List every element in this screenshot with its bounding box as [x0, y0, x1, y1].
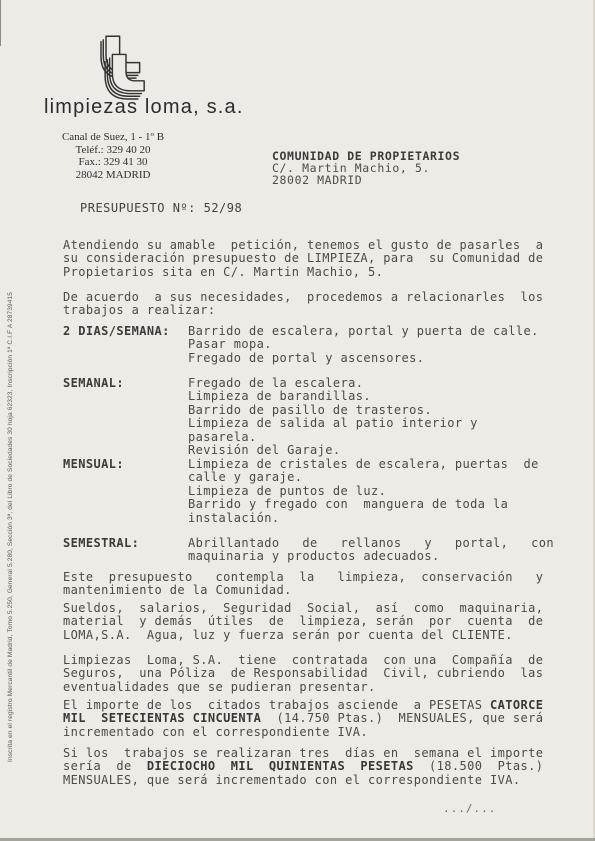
schedule-tasks: Abrillantado de rellanos y portal, con m…	[188, 537, 563, 564]
intro-paragraph-2: De acuerdo a sus necesidades, procedemos…	[63, 291, 563, 318]
address-line-phone: Teléf.: 329 40 20	[47, 144, 179, 157]
address-line-street: Canal de Suez, 1 - 1º B	[47, 131, 179, 144]
company-name: limpiezas loma, s.a.	[44, 96, 244, 119]
price-text-pre: El importe de los citados trabajos ascie…	[63, 698, 490, 712]
schedule-row-semiannual: SEMESTRAL: Abrillantado de rellanos y po…	[63, 537, 563, 564]
price-paragraph-two-days: El importe de los citados trabajos ascie…	[63, 699, 563, 739]
schedule-label: SEMESTRAL:	[63, 537, 188, 564]
scan-edge-left-tick	[0, 0, 1, 46]
schedule-tasks: Limpieza de cristales de escalera, puert…	[188, 458, 563, 525]
presupuesto-number: PRESUPUESTO Nº: 52/98	[80, 201, 242, 215]
scanned-presupuesto-letter: Inscrita en el registro Mercantil de Mad…	[0, 0, 595, 841]
schedule-tasks: Fregado de la escalera. Limpieza de bara…	[188, 377, 563, 457]
costs-paragraph: Sueldos, salarios, Seguridad Social, así…	[63, 602, 563, 642]
schedule-label: SEMANAL:	[63, 377, 188, 457]
address-line-fax: Fax.: 329 41 30	[47, 156, 179, 169]
company-address-block: Canal de Suez, 1 - 1º B Teléf.: 329 40 2…	[47, 131, 179, 181]
continuation-mark: .../...	[443, 802, 496, 815]
recipient-city-line: 28002 MADRID	[272, 174, 460, 186]
recipient-block: COMUNIDAD DE PROPIETARIOS C/. Martin Mac…	[272, 150, 460, 187]
price-amount-words: DIECIOCHO MIL QUINIENTAS PESETAS	[147, 759, 414, 773]
insurance-paragraph: Limpiezas Loma, S.A. tiene contratada co…	[63, 654, 563, 694]
schedule-label: MENSUAL:	[63, 458, 188, 525]
registry-margin-note: Inscrita en el registro Mercantil de Mad…	[7, 292, 14, 762]
schedule-tasks: Barrido de escalera, portal y puerta de …	[188, 325, 563, 365]
schedule-row-two-days: 2 DIAS/SEMANA: Barrido de escalera, port…	[63, 325, 563, 365]
scope-paragraph: Este presupuesto contempla la limpieza, …	[63, 571, 563, 598]
schedule-row-monthly: MENSUAL: Limpieza de cristales de escale…	[63, 458, 563, 525]
intro-paragraph-1: Atendiendo su amable petición, tenemos e…	[63, 239, 563, 279]
address-line-city: 28042 MADRID	[47, 169, 179, 182]
price-paragraph-three-days: Si los trabajos se realizaran tres días …	[63, 747, 563, 787]
schedule-row-weekly: SEMANAL: Fregado de la escalera. Limpiez…	[63, 377, 563, 457]
schedule-label: 2 DIAS/SEMANA:	[63, 325, 188, 365]
